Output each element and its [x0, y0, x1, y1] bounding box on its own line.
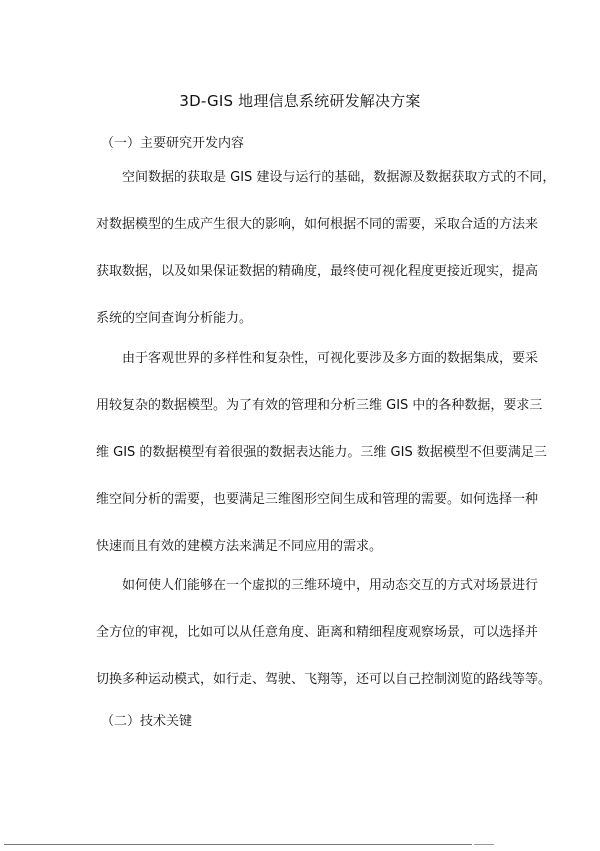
section-heading-2: （二）技术关键 — [101, 710, 192, 729]
text-line: 用较复杂的数据模型。为了有效的管理和分析三维 GIS 中的各种数据，要求三 — [96, 397, 542, 415]
text-line: 系统的空间查询分析能力。 — [96, 310, 252, 328]
text-line: 对数据模型的生成产生很大的影响，如何根据不同的需要，采取合适的方法来 — [96, 216, 538, 234]
text-line: 维 GIS 的数据模型有着很强的数据表达能力。三维 GIS 数据模型不但要满足三 — [96, 444, 547, 462]
document-title: 3D-GIS 地理信息系统研发解决方案 — [0, 90, 600, 111]
text-line: 快速而且有效的建模方法来满足不同应用的需求。 — [96, 538, 382, 556]
text-line: 获取数据，以及如果保证数据的精确度，最终使可视化程度更接近现实，提高 — [96, 263, 538, 281]
text-line: 全方位的审视，比如可以从任意角度、距离和精细程度观察场景，可以选择并 — [96, 624, 538, 642]
text-line: 空间数据的获取是 GIS 建设与运行的基础，数据源及数据获取方式的不同， — [122, 169, 555, 187]
footer-divider-end — [474, 844, 494, 845]
footer-divider — [4, 844, 472, 845]
text-line: 切换多种运动模式，如行走、驾驶、飞翔等，还可以自己控制浏览的路线等等。 — [96, 671, 551, 689]
section-heading-1: （一）主要研究开发内容 — [101, 132, 244, 151]
text-line: 由于客观世界的多样性和复杂性，可视化要涉及多方面的数据集成，要采 — [122, 350, 538, 368]
text-line: 维空间分析的需要，也要满足三维图形空间生成和管理的需要。如何选择一种 — [96, 491, 538, 509]
text-line: 如何使人们能够在一个虚拟的三维环境中，用动态交互的方式对场景进行 — [122, 577, 538, 595]
